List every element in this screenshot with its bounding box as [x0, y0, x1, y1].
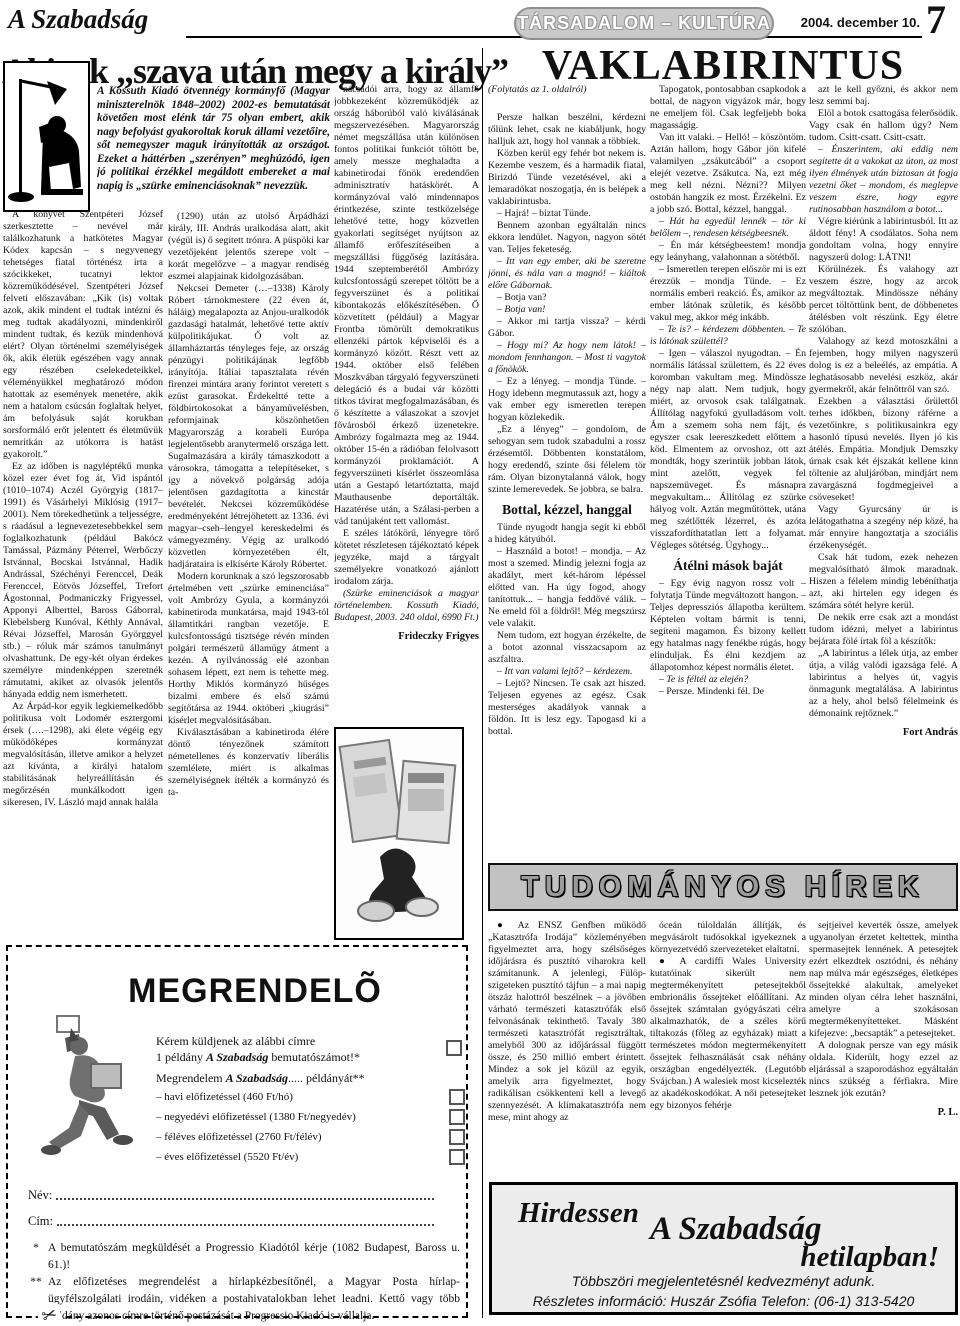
science-author: P. L. — [809, 1107, 958, 1119]
science-column-3: sejtjeivel keverték össze, amelyek ugyan… — [809, 920, 958, 1168]
vaklabirintus-headline: VAKLABIRINTUS — [488, 42, 958, 90]
paragraph: A dolognak persze van egy másik oldala. … — [809, 1040, 958, 1100]
science-column-1: ● Az ENSZ Genfben működő „Katasztrófa Ir… — [488, 920, 646, 1168]
paragraph: „A labirintus a lélek útja, az ember útj… — [809, 648, 958, 720]
newspaper-page: A Szabadság TÁRSADALOM – KULTÚRA 2004. d… — [0, 0, 960, 1326]
paragraph: Kiválasztásában a kabinetiroda élére dön… — [168, 727, 329, 799]
ad-contact: Részletes információ: Huszár Zsófia Tele… — [492, 1293, 955, 1309]
lead-author: Frideczky Frigyes — [334, 631, 479, 643]
paragraph: Átélni mások baját — [650, 558, 806, 573]
lead-column-3: nácsadói arra, hogy az államfő jobbkezek… — [334, 84, 479, 732]
masthead: A Szabadság — [8, 4, 148, 35]
paragraph: A könyvet Szentpéteri József szerkesztet… — [3, 209, 163, 461]
subscription-option-checkbox[interactable] — [449, 1109, 465, 1125]
science-column-2: óceán túloldalán állítják, és megvásárol… — [650, 920, 806, 1168]
footnote: * A bemutatószám megküldését a Progressi… — [24, 1240, 460, 1274]
paragraph: Valahogy az kezd motoszkálni a fejemben,… — [809, 336, 958, 396]
column-divider — [482, 48, 483, 1318]
footnote: ** Az előfizetéses megrendelést a hírlap… — [24, 1274, 460, 1325]
paragraph: – Egy évig nagyon rossz volt – folytatja… — [650, 578, 806, 674]
paragraph: Van itt valaki. – Helló! – köszöntöm. Az… — [650, 132, 806, 216]
page-number: 7 — [926, 0, 946, 43]
paragraph: Ezekben a választási őrülettől terhes id… — [809, 396, 958, 504]
paragraph: sejtjeivel keverték össze, amelyek ugyan… — [809, 920, 958, 1040]
science-news-title: TUDOMÁNYOS HÍREK — [521, 871, 925, 904]
paragraph: – Botja van! — [488, 304, 646, 316]
sample-request-line: Kérem küldjenek az alábbi címre 1 példán… — [156, 1033, 446, 1065]
paragraph: óceán túloldalán állítják, és megvásárol… — [650, 920, 806, 956]
paragraph: Ez az időben is nagyléptékű munka közel … — [3, 461, 163, 701]
paragraph: – Te is féltél az elején? — [650, 674, 806, 686]
science-news-banner: TUDOMÁNYOS HÍREK — [488, 863, 958, 911]
paragraph: Körülnézek. És valahogy azt veszem észre… — [809, 264, 958, 336]
paragraph: ● A cardiffi Wales University kutatóinak… — [650, 956, 806, 1112]
subscription-option-label: – negyedévi előfizetéssel (1380 Ft/negye… — [156, 1111, 356, 1123]
paragraph: – Hajrá! – biztat Tünde. — [488, 208, 646, 220]
subscription-option-label: – éves előfizetéssel (5520 Ft/év) — [156, 1151, 298, 1163]
paragraph: Tapogatok, pontosabban csapkodok a botta… — [650, 84, 806, 132]
subscription-option-checkbox[interactable] — [449, 1129, 465, 1145]
paragraph: – Te is? – kérdezem döbbenten. – Te is l… — [650, 324, 806, 348]
page-date: 2004. december 10. — [790, 15, 920, 30]
paragraph: – Akkor mi tartja vissza? – kérdi Gábor. — [488, 316, 646, 340]
paragraph: De nekik erre csak azt a mondást tudom i… — [809, 612, 958, 648]
ad-note: Többszöri megjelentetésnél kedvezményt a… — [492, 1273, 955, 1289]
paragraph: – Én már kétségbeestem! mondja egy leány… — [650, 240, 806, 264]
section-banner-label: TÁRSADALOM – KULTÚRA — [517, 13, 771, 34]
vak-column-3: azt le kell győzni, és akkor nem lesz se… — [809, 84, 958, 856]
paragraph: – Itt van valami lejtő? – kérdezem. — [488, 666, 646, 678]
paragraph: azt le kell győzni, és akkor nem lesz se… — [809, 84, 958, 108]
paragraph: (Folytatás az 1. oldalról) — [488, 84, 646, 96]
paragraph: Bottal, kézzel, hanggal — [488, 502, 646, 517]
paragraph: Csak hát tudom, ezek nehezen megvalósíth… — [809, 552, 958, 612]
paper-name: A Szabadság — [206, 1050, 268, 1064]
stamp-illustration — [334, 727, 464, 940]
postman-illustration — [35, 1008, 160, 1168]
subscription-option-checkbox[interactable] — [449, 1149, 465, 1165]
paragraph: ● Az ENSZ Genfben működő „Katasztrófa Ir… — [488, 920, 646, 1124]
reader-silhouette-icon — [5, 63, 88, 210]
paragraph: – Hogy mi? Az hogy nem látok! – mondom f… — [488, 340, 646, 376]
lead-column-1: A könyvet Szentpéteri József szerkesztet… — [3, 209, 163, 942]
ad-line-2: A Szabadság — [650, 1211, 821, 1248]
stamp-sketch-icon — [336, 729, 462, 938]
paragraph: Bennem azonban egyáltalán nincs ekkora l… — [488, 220, 646, 256]
subscription-option: – havi előfizetéssel (460 Ft/hó) — [156, 1087, 465, 1107]
subscription-options: – havi előfizetéssel (460 Ft/hó) – negye… — [156, 1087, 465, 1167]
paragraph: Elöl a botok csattogása felerősödik. Vag… — [809, 108, 958, 144]
paragraph: – Itt van egy ember, aki be szeretne jön… — [488, 256, 646, 292]
paragraph: – Használd a botot! – mondja. – Az most … — [488, 546, 646, 630]
address-field[interactable]: Cím: — [28, 1214, 434, 1229]
paragraph: – Lejtő? Nincsen. Te csak azt hiszed. Te… — [488, 678, 646, 738]
subscription-option: – féléves előfizetéssel (2760 Ft/félév) — [156, 1127, 465, 1147]
subscription-option: – negyedévi előfizetéssel (1380 Ft/negye… — [156, 1107, 465, 1127]
paragraph: (1290) után az utolsó Árpádházi király, … — [168, 211, 329, 283]
paragraph: nácsadói arra, hogy az államfő jobbkezek… — [334, 84, 479, 528]
paragraph: Modern korunknak a szó legszorosabb érte… — [168, 571, 329, 727]
reader-illustration — [3, 61, 90, 212]
address-label: Cím: — [28, 1214, 53, 1229]
paragraph: „Ez a lényeg” – gondolom, de sehogyan se… — [488, 424, 646, 496]
paragraph: Tünde nyugodt hangja segít ki ebből a hi… — [488, 522, 646, 546]
paragraph: Vagy Gyurcsány úr is lelátogathatna a sz… — [809, 504, 958, 552]
vak-author: Fort András — [809, 727, 958, 739]
paragraph: – Énszerintem, aki eddig nem segítette á… — [809, 144, 958, 216]
paragraph: – Ismeretlen terepen először mi is ezt é… — [650, 264, 806, 324]
paragraph: Az Árpád-kor egyik legkiemelkedőbb polit… — [3, 701, 163, 809]
paragraph: Végre kiérünk a labirintusból. Itt az ál… — [809, 216, 958, 264]
ad-line-3: hetilapban! — [800, 1241, 939, 1274]
postman-sketch-icon — [35, 1008, 160, 1168]
vak-column-2: Tapogatok, pontosabban csapkodok a botta… — [650, 84, 806, 856]
paragraph: Nem tudom, ezt hogyan érzékelte, de a bo… — [488, 630, 646, 666]
order-line: Megrendelem A Szabadság..... példányát** — [156, 1071, 456, 1086]
paper-name: A Szabadság — [226, 1071, 288, 1085]
subscription-option: – éves előfizetéssel (5520 Ft/év) — [156, 1147, 465, 1167]
subscription-option-label: – havi előfizetéssel (460 Ft/hó) — [156, 1091, 293, 1103]
paragraph: – Igen – válaszol nyugodtan. – Én normál… — [650, 348, 806, 552]
vak-column-1: (Folytatás az 1. oldalról)Persze halkan … — [488, 84, 646, 856]
paragraph: (Szürke eminenciások a magyar történelem… — [334, 588, 479, 624]
subscription-option-checkbox[interactable] — [449, 1089, 465, 1105]
order-footnotes: * A bemutatószám megküldését a Progressi… — [24, 1240, 460, 1325]
paragraph: – Hát ha egyedül lennék – tör ki belőlem… — [650, 216, 806, 240]
section-banner: TÁRSADALOM – KULTÚRA — [514, 7, 774, 40]
paragraph: Nekcsei Demeter (…–1338) Károly Róbert t… — [168, 283, 329, 571]
address-fill-line[interactable] — [57, 1214, 434, 1226]
paragraph: Persze halkan beszélni, kérdezni tőlünk … — [488, 112, 646, 148]
name-label: Név: — [28, 1188, 52, 1203]
ad-line-1: Hirdessen — [518, 1197, 639, 1230]
lead-column-2: (1290) után az utolsó Árpádházi király, … — [168, 211, 329, 942]
paragraph: – Ez a lényeg. – mondja Tünde. – Hogy id… — [488, 376, 646, 424]
paragraph: – Persze. Mindenki fél. De — [650, 686, 806, 698]
name-field[interactable]: Név: — [28, 1188, 434, 1203]
paragraph: – Botja van? — [488, 292, 646, 304]
order-form-title: MEGRENDELÕ — [105, 972, 405, 1011]
ad-box: Hirdessen A Szabadság hetilapban! Többsz… — [489, 1182, 958, 1315]
name-fill-line[interactable] — [56, 1188, 434, 1200]
sample-copy-checkbox[interactable] — [446, 1040, 462, 1056]
paragraph: E széles látókörű, lényegre törő kötetet… — [334, 528, 479, 588]
subscription-option-label: – féléves előfizetéssel (2760 Ft/félév) — [156, 1131, 322, 1143]
paragraph: Közben kerül egy fehér bot nekem is. Kez… — [488, 148, 646, 208]
lead-intro: A Kossuth Kiadó ötvennégy kormányfő (Mag… — [97, 85, 330, 213]
